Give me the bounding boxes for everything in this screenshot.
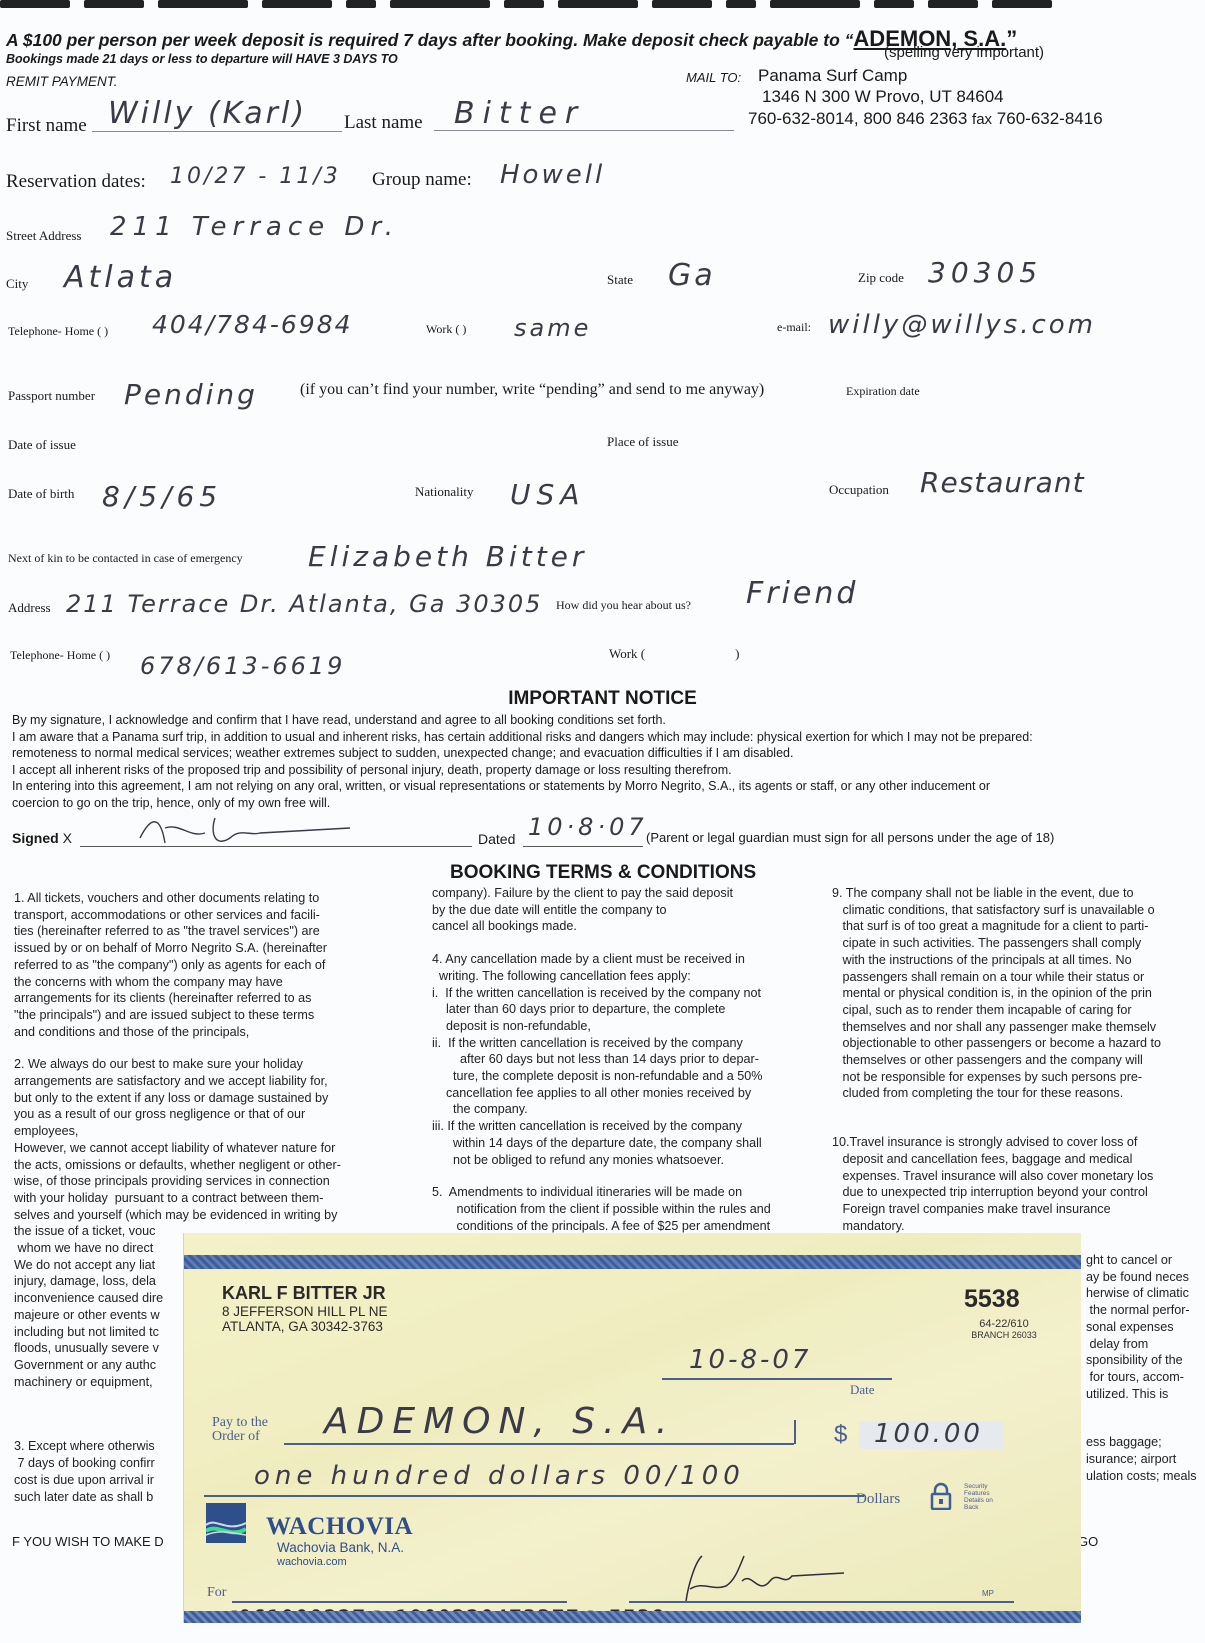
terms-line: ture, the complete deposit is non-refund… <box>432 1068 771 1085</box>
group-name-label: Group name: <box>372 169 472 191</box>
street-address-field[interactable]: 211 Terrace Dr. <box>110 212 399 242</box>
terms-line: sponsibility of the <box>1086 1352 1197 1369</box>
terms-line: ii. If the written cancellation is recei… <box>432 1035 771 1052</box>
wachovia-logo-icon <box>206 1503 246 1543</box>
payee-field[interactable]: ADEMON, S.A. <box>324 1401 675 1442</box>
terms-title: BOOKING TERMS & CONDITIONS <box>450 862 756 884</box>
applicant-signature[interactable] <box>120 808 370 853</box>
terms-line <box>14 1040 341 1056</box>
terms-line: employees, <box>14 1123 341 1140</box>
terms-line: i. If the written cancellation is receiv… <box>432 985 771 1002</box>
terms-line <box>832 1118 1161 1134</box>
nationality-label: Nationality <box>415 484 474 500</box>
home-phone-label: Telephone- Home ( ) <box>8 324 108 339</box>
lock-icon <box>930 1482 952 1510</box>
routing-fraction: 64-22/610 BRANCH 26033 <box>964 1319 1044 1341</box>
mail-to-address: 1346 N 300 W Provo, UT 84604 <box>762 87 1004 107</box>
bank-full-name: Wachovia Bank, N.A. <box>277 1540 404 1555</box>
important-notice-body: By my signature, I acknowledge and confi… <box>12 712 1202 811</box>
footer-partial: F YOU WISH TO MAKE D <box>12 1534 164 1549</box>
terms-line: transport, accommodations or other servi… <box>14 907 341 924</box>
terms-line: arrangements are satisfactory and we acc… <box>14 1073 341 1090</box>
group-name-field[interactable]: Howell <box>500 160 605 190</box>
kin-home-phone-label: Telephone- Home ( ) <box>10 648 110 663</box>
terms-line: 4. Any cancellation made by a client mus… <box>432 951 771 968</box>
first-name-field[interactable]: Willy (Karl) <box>108 96 307 131</box>
footer-partial-right: GO <box>1078 1534 1098 1549</box>
terms-line: herwise of climatic <box>1086 1285 1197 1302</box>
terms-line: 9. The company shall not be liable in th… <box>832 885 1161 902</box>
terms-line: ght to cancel or <box>1086 1252 1197 1269</box>
terms-column-3: 9. The company shall not be liable in th… <box>832 885 1161 1234</box>
remit-note: REMIT PAYMENT. <box>6 74 118 89</box>
terms-line: expenses. Travel insurance will also cov… <box>832 1168 1161 1185</box>
last-name-label: Last name <box>344 112 423 134</box>
terms-line: climatic conditions, that satisfactory s… <box>832 902 1161 919</box>
dated-label: Dated <box>478 831 515 847</box>
last-name-field[interactable]: Bitter <box>454 96 585 131</box>
terms-line: the normal perfor- <box>1086 1302 1197 1319</box>
terms-line: ties (hereinafter referred to as "the tr… <box>14 923 341 940</box>
passport-note: (if you can’t find your number, write “p… <box>300 381 764 399</box>
terms-line: not be responsible for expenses by such … <box>832 1069 1161 1086</box>
first-name-label: First name <box>6 115 87 137</box>
memo-field[interactable] <box>232 1601 567 1603</box>
check-owner-name: KARL F BITTER JR <box>222 1283 386 1304</box>
terms-line: selves and yourself (which may be eviden… <box>14 1207 341 1224</box>
state-label: State <box>607 272 633 288</box>
state-field[interactable]: Ga <box>668 258 716 293</box>
terms-line: you as a result of our gross negligence … <box>14 1106 341 1123</box>
mp-mark: MP <box>982 1589 994 1598</box>
zip-field[interactable]: 30305 <box>928 256 1042 289</box>
terms-line: cipal, such as to render them incapable … <box>832 1002 1161 1019</box>
terms-column-2: company). Failure by the client to pay t… <box>432 885 771 1234</box>
reservation-dates-field[interactable]: 10/27 - 11/3 <box>170 164 341 189</box>
reservation-dates-label: Reservation dates: <box>6 171 146 193</box>
terms-line <box>432 1168 771 1184</box>
bank-name: WACHOVIA <box>266 1513 413 1541</box>
terms-line: due to unexpected trip interruption beyo… <box>832 1184 1161 1201</box>
terms-line: isurance; airport <box>1086 1451 1197 1468</box>
terms-line: ess baggage; <box>1086 1434 1197 1451</box>
terms-line: passengers shall remain on a tour while … <box>832 969 1161 986</box>
important-notice-title: IMPORTANT NOTICE <box>0 688 1205 710</box>
terms-line: cluded from completing the tour for thes… <box>832 1085 1161 1102</box>
spelling-note: (spelling very important) <box>884 44 1044 61</box>
mail-to-phones: 760-632-8014, 800 846 2363 fax 760-632-8… <box>748 109 1103 129</box>
terms-line: deposit and cancellation fees, baggage a… <box>832 1151 1161 1168</box>
terms-line: themselves and nor shall any passenger m… <box>832 1019 1161 1036</box>
terms-line <box>832 1102 1161 1118</box>
terms-line: 1. All tickets, vouchers and other docum… <box>14 890 341 907</box>
bookings-note: Bookings made 21 days or less to departu… <box>6 52 398 66</box>
date-of-birth-label: Date of birth <box>8 486 74 502</box>
kin-address-field[interactable]: 211 Terrace Dr. Atlanta, Ga 30305 <box>66 590 542 618</box>
mail-to-label: MAIL TO: <box>686 70 741 85</box>
terms-column-3-tail: ght to cancel oray be found necesherwise… <box>1086 1252 1197 1484</box>
occupation-field[interactable]: Restaurant <box>920 466 1085 499</box>
city-field[interactable]: Atlata <box>64 260 177 295</box>
terms-line: writing. The following cancellation fees… <box>432 968 771 985</box>
terms-line: mental or physical condition is, in the … <box>832 985 1161 1002</box>
terms-line: for tours, accom- <box>1086 1369 1197 1386</box>
place-of-issue-label: Place of issue <box>607 434 678 450</box>
terms-line: after 60 days but not less than 14 days … <box>432 1051 771 1068</box>
terms-line: 10.Travel insurance is strongly advised … <box>832 1134 1161 1151</box>
terms-line: within 14 days of the departure date, th… <box>432 1135 771 1152</box>
check-owner-address: 8 JEFFERSON HILL PL NE ATLANTA, GA 30342… <box>222 1304 388 1334</box>
dollars-label: Dollars <box>856 1491 900 1508</box>
email-label: e-mail: <box>777 320 811 335</box>
amount-field[interactable]: 100.00 <box>874 1419 983 1449</box>
passport-number-field[interactable]: Pending <box>124 378 258 411</box>
check-date-field[interactable]: 10-8-07 <box>689 1345 811 1375</box>
terms-line: the acts, omissions or defaults, whether… <box>14 1157 341 1174</box>
nationality-field[interactable]: USA <box>510 478 585 511</box>
heard-about-label: How did you hear about us? <box>556 598 691 613</box>
passport-number-label: Passport number <box>8 388 95 404</box>
terms-line: later than 60 days prior to departure, t… <box>432 1001 771 1018</box>
terms-line: cancellation fee applies to all other mo… <box>432 1085 771 1102</box>
terms-line: conditions of the principals. A fee of $… <box>432 1218 771 1235</box>
occupation-label: Occupation <box>829 482 889 498</box>
terms-line: iii. If the written cancellation is rece… <box>432 1118 771 1135</box>
dollar-sign: $ <box>834 1421 847 1449</box>
terms-line <box>1086 1402 1197 1418</box>
amount-words-field[interactable]: one hundred dollars 00/100 <box>254 1461 745 1491</box>
kin-work-phone-label: Work () <box>609 646 739 662</box>
security-features-note: Security Features Details on Back <box>964 1483 1004 1511</box>
terms-line: referred to as "the company") only as ag… <box>14 957 341 974</box>
dated-field[interactable]: 10·8·07 <box>528 813 648 841</box>
date-of-issue-label: Date of issue <box>8 437 76 453</box>
work-phone-label: Work ( ) <box>426 322 466 337</box>
date-of-birth-field[interactable]: 8/5/65 <box>102 480 222 513</box>
home-phone-field[interactable]: 404/784-6984 <box>152 310 353 339</box>
terms-line: mandatory. <box>832 1218 1161 1235</box>
terms-line: However, we cannot accept liability of w… <box>14 1140 341 1157</box>
terms-line: cancel all bookings made. <box>432 918 771 935</box>
terms-line: deposit is non-refundable, <box>432 1018 771 1035</box>
street-address-label: Street Address <box>6 228 81 244</box>
terms-line: with your holiday pursuant to a contract… <box>14 1190 341 1207</box>
terms-line: wise, of those principals providing serv… <box>14 1173 341 1190</box>
check-date-label: Date <box>850 1382 875 1398</box>
memo-label: For <box>207 1585 226 1601</box>
terms-line: and conditions and those of the principa… <box>14 1024 341 1041</box>
terms-line: 2. We always do our best to make sure yo… <box>14 1056 341 1073</box>
email-field[interactable]: willy@willys.com <box>828 310 1096 340</box>
check-signature[interactable] <box>674 1551 874 1606</box>
guardian-note: (Parent or legal guardian must sign for … <box>646 830 1054 845</box>
terms-line: arrangements for its clients (hereinafte… <box>14 990 341 1007</box>
check-bottom-band <box>184 1611 1081 1623</box>
terms-line: issued by or on behalf of Morro Negrito … <box>14 940 341 957</box>
next-of-kin-label: Next of kin to be contacted in case of e… <box>8 551 243 566</box>
terms-line: ay be found neces <box>1086 1269 1197 1286</box>
terms-line: the company. <box>432 1101 771 1118</box>
kin-address-label: Address <box>8 600 51 616</box>
terms-line: with the instructions of the principals … <box>832 952 1161 969</box>
bank-check: KARL F BITTER JR 8 JEFFERSON HILL PL NE … <box>183 1233 1081 1623</box>
terms-line: not be obliged to refund any monies what… <box>432 1152 771 1169</box>
terms-line: ulation costs; meals <box>1086 1468 1197 1485</box>
kin-home-phone-field[interactable]: 678/613-6619 <box>140 652 345 680</box>
terms-line: 5. Amendments to individual itineraries … <box>432 1184 771 1201</box>
terms-line: utilized. This is <box>1086 1386 1197 1403</box>
terms-line: "the principals") and are issued subject… <box>14 1007 341 1024</box>
city-label: City <box>6 276 28 292</box>
heard-about-field[interactable]: Friend <box>746 576 858 611</box>
terms-line: Foreign travel companies make travel ins… <box>832 1201 1161 1218</box>
terms-line: themselves or other passengers and the c… <box>832 1052 1161 1069</box>
terms-line: that surf is of too great a magnitude fo… <box>832 918 1161 935</box>
check-top-band <box>184 1255 1081 1269</box>
terms-line: company). Failure by the client to pay t… <box>432 885 771 902</box>
pay-to-label: Pay to the Order of <box>212 1416 268 1444</box>
cutoff-title <box>0 0 1205 10</box>
deposit-notice: A $100 per person per week deposit is re… <box>6 26 1017 52</box>
bank-url: wachovia.com <box>277 1556 347 1568</box>
zip-label: Zip code <box>858 270 904 286</box>
terms-line: the concerns with whom the company may h… <box>14 974 341 991</box>
terms-line: sonal expenses <box>1086 1319 1197 1336</box>
terms-line <box>1086 1418 1197 1434</box>
check-number: 5538 <box>964 1285 1020 1314</box>
terms-line: cipate in such activities. The passenger… <box>832 935 1161 952</box>
terms-line: but only to the extent if any loss or da… <box>14 1090 341 1107</box>
terms-line: objectionable to other passengers or bec… <box>832 1035 1161 1052</box>
expiration-date-label: Expiration date <box>846 384 920 399</box>
terms-line <box>432 935 771 951</box>
mail-to-name: Panama Surf Camp <box>758 66 907 86</box>
terms-line: notification from the client if possible… <box>432 1201 771 1218</box>
terms-line: by the due date will entitle the company… <box>432 902 771 919</box>
work-phone-field[interactable]: same <box>514 314 591 342</box>
terms-line: delay from <box>1086 1336 1197 1353</box>
next-of-kin-field[interactable]: Elizabeth Bitter <box>308 540 587 573</box>
signed-row: Signed X <box>12 830 72 846</box>
